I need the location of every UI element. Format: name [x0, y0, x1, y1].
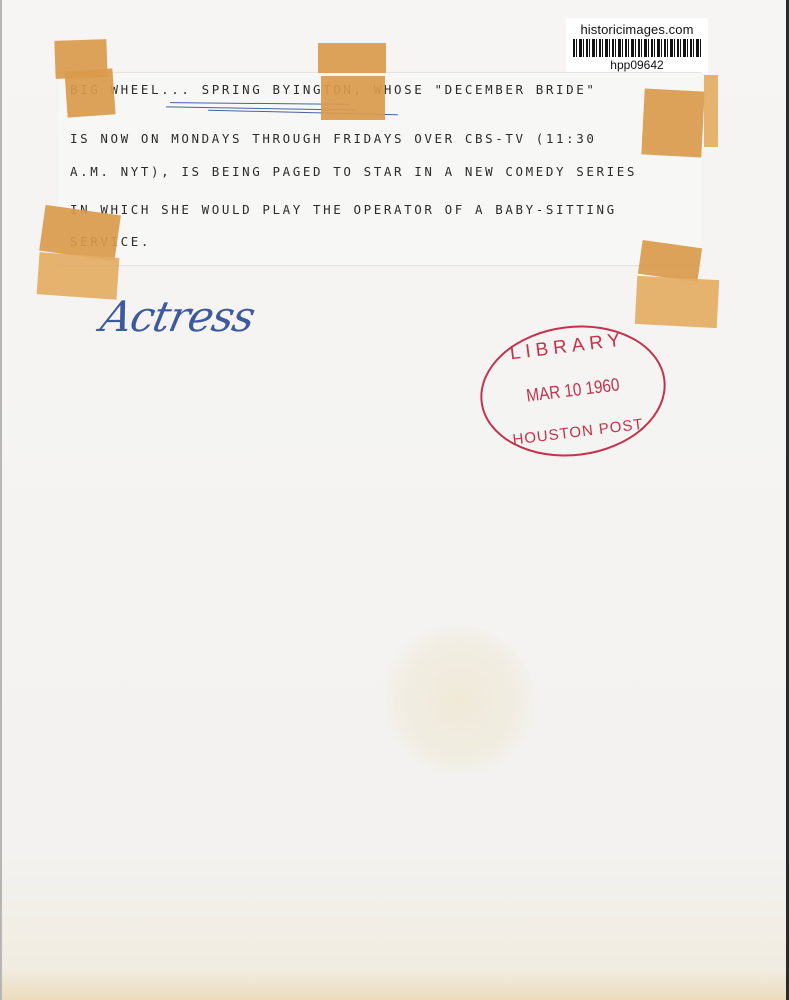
tape-piece: [321, 76, 385, 120]
tape-piece: [635, 276, 719, 328]
watermark-site: historicimages.com: [566, 22, 708, 37]
tape-piece: [318, 43, 386, 73]
tape-piece: [641, 88, 704, 157]
tape-piece: [64, 68, 115, 117]
paper-stain: [385, 625, 535, 775]
caption-line: IS NOW ON MONDAYS THROUGH FRIDAYS OVER C…: [70, 131, 597, 146]
library-date-stamp: LIBRARY MAR 10 1960 HOUSTON POST: [473, 315, 673, 467]
paper-edge: [0, 0, 2, 1000]
stamp-date: MAR 10 1960: [495, 371, 651, 411]
handwritten-note: Actress: [97, 292, 259, 341]
caption-line: A.M. NYT), IS BEING PAGED TO STAR IN A N…: [70, 164, 637, 179]
watermark-id: hpp09642: [566, 58, 708, 72]
barcode-icon: [573, 39, 701, 57]
stamp-houston-post-text: HOUSTON POST: [487, 413, 670, 452]
tape-piece: [704, 75, 718, 147]
caption-line: IN WHICH SHE WOULD PLAY THE OPERATOR OF …: [70, 202, 617, 217]
watermark-label: historicimages.com hpp09642: [566, 18, 708, 74]
photo-back-paper: historicimages.com hpp09642 BIG WHEEL...…: [0, 0, 789, 1000]
stamp-library-text: LIBRARY: [476, 325, 659, 369]
